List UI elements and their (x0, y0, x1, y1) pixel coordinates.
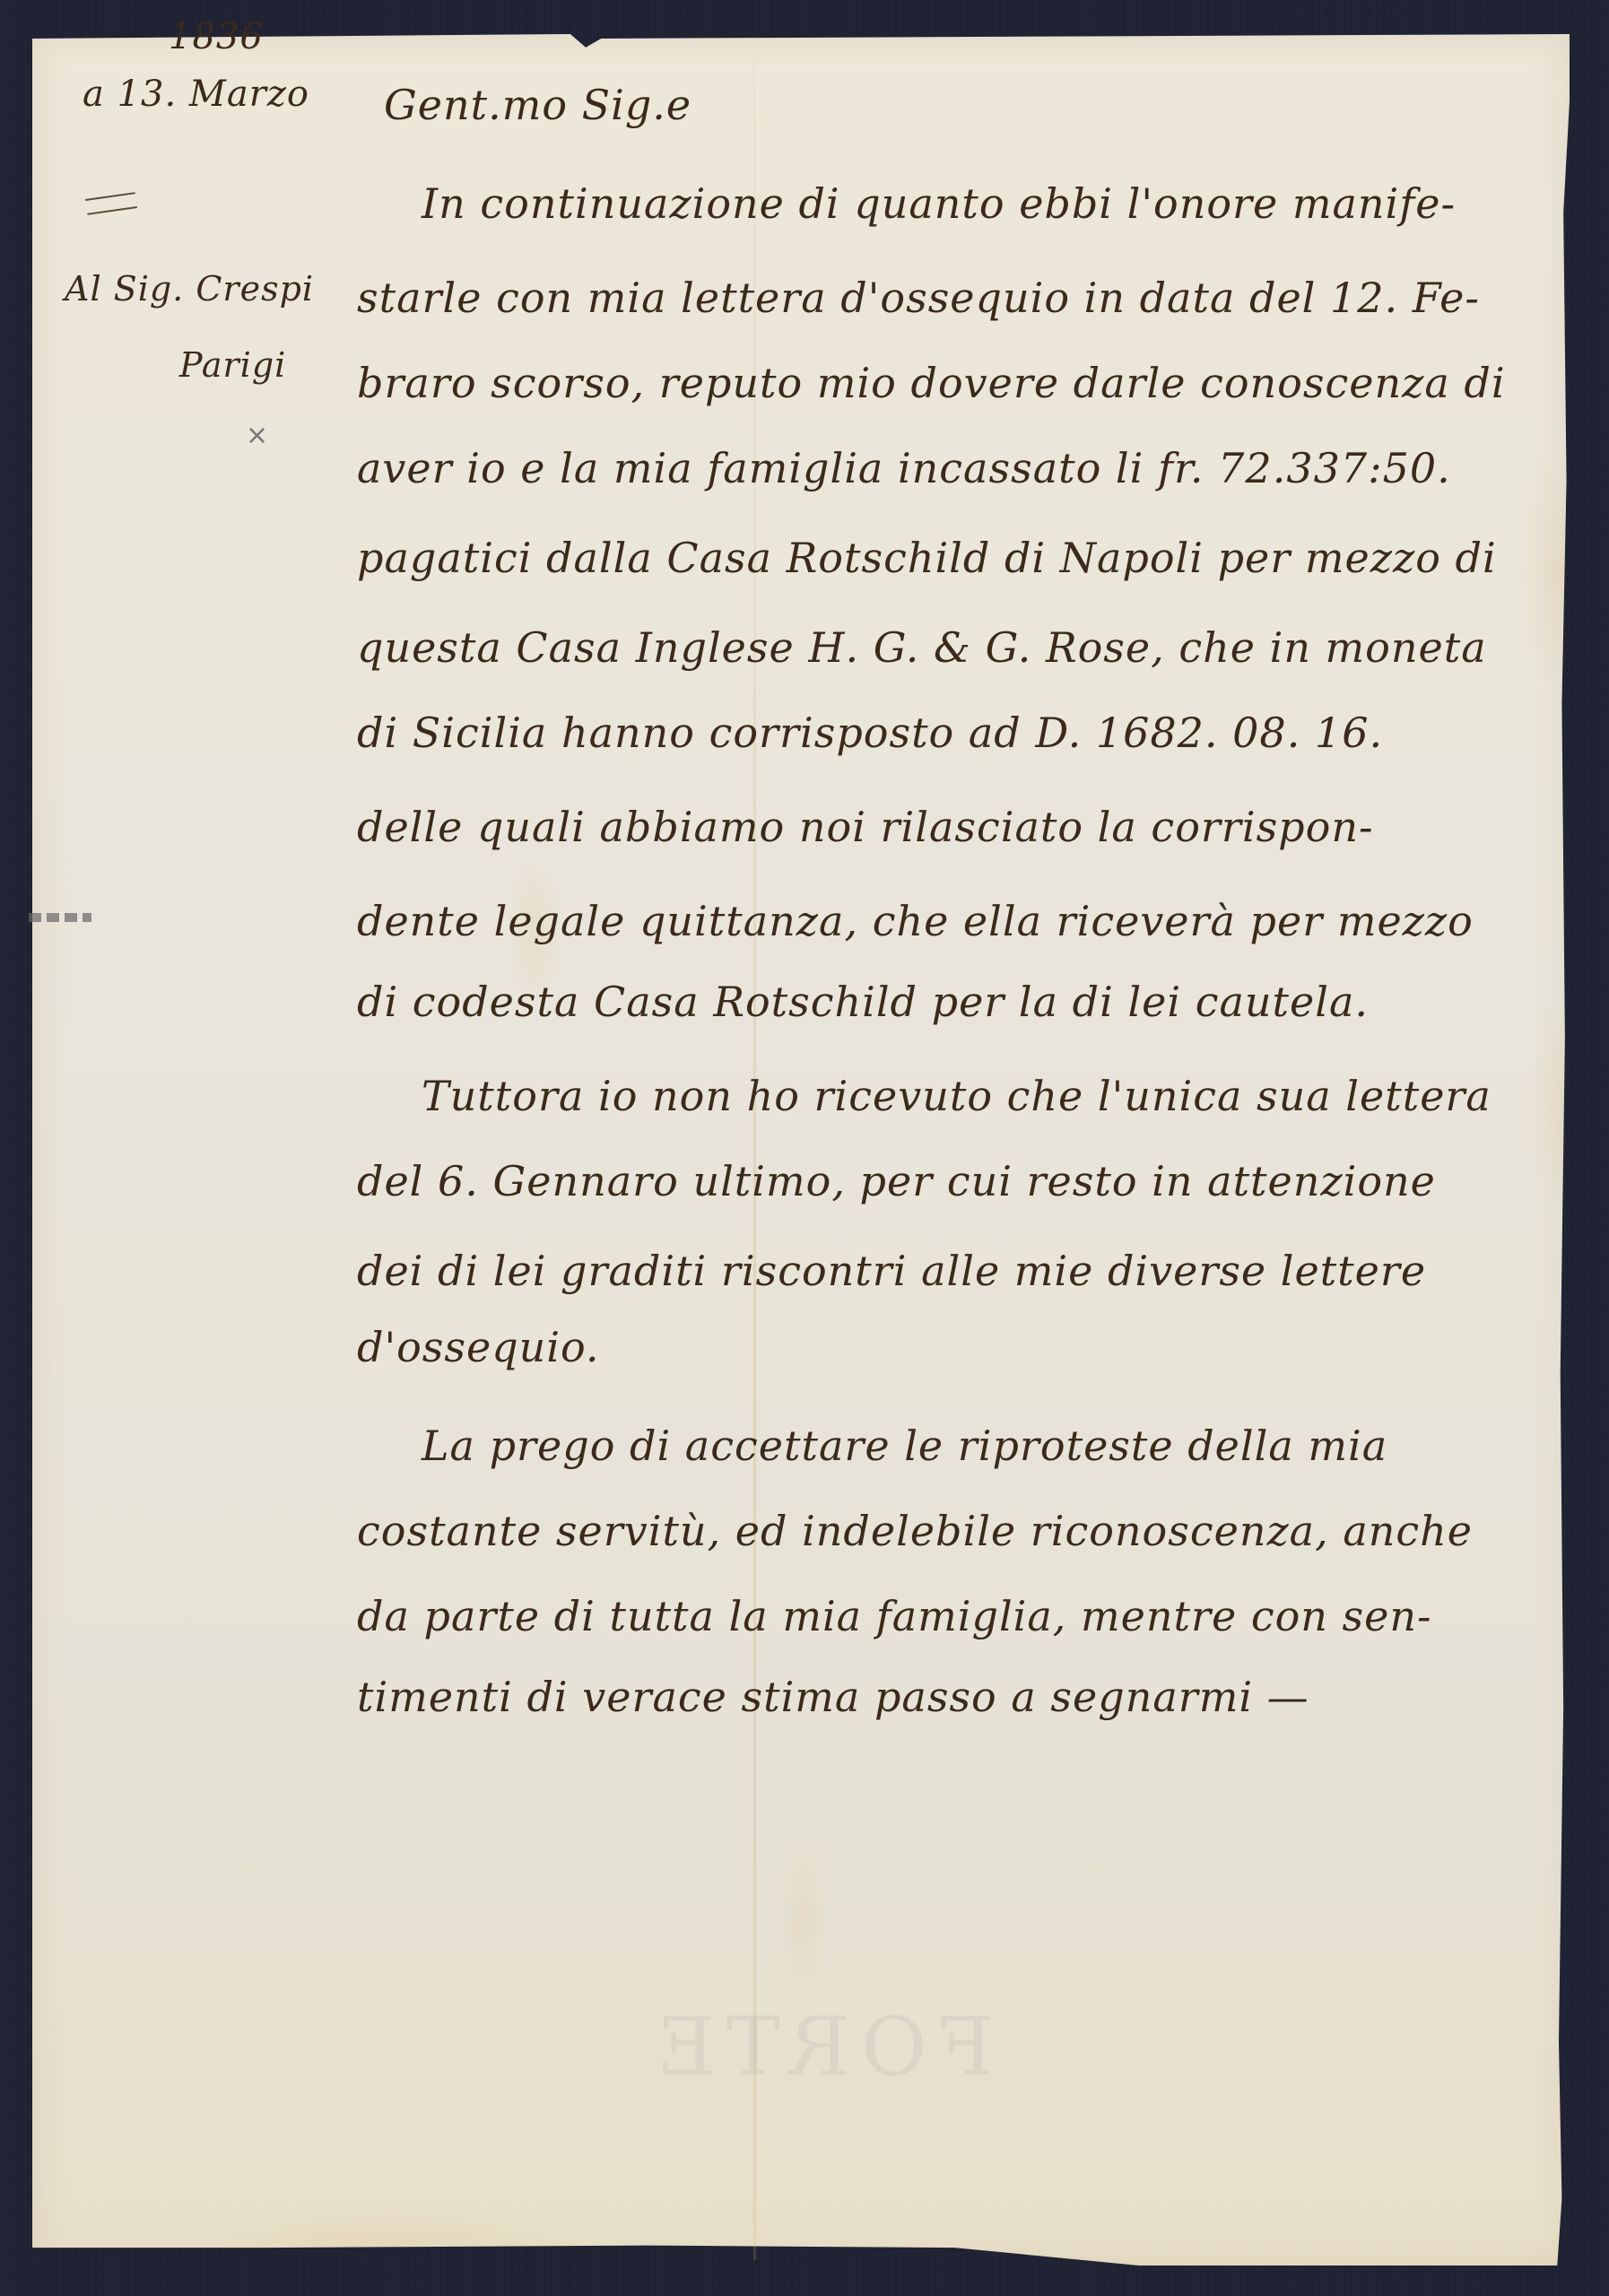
margin-addressee: Al Sig. Crespi (65, 269, 314, 309)
letter-line: dente legale quittanza, che ella ricever… (357, 897, 1474, 945)
letter-salutation: Gent.mo Sig.e (384, 81, 691, 129)
margin-date: a 13. Marzo (83, 74, 309, 115)
letter-line: costante servitù, ed indelebile riconosc… (357, 1507, 1473, 1555)
margin-city: Parigi (179, 345, 286, 385)
paper-watermark: FORTE (646, 2000, 994, 2094)
letter-line: d'ossequio. (357, 1323, 600, 1371)
letter-line: di Sicilia hanno corrisposto ad D. 1682.… (357, 709, 1383, 757)
letter-line: delle quali abbiamo noi rilasciato la co… (357, 803, 1374, 851)
ink-stain-mark (29, 913, 91, 922)
letter-line: dei di lei graditi riscontri alle mie di… (357, 1247, 1426, 1295)
letter-line: aver io e la mia famiglia incassato li f… (357, 444, 1451, 492)
letter-line: braro scorso, reputo mio dovere darle co… (357, 359, 1506, 407)
letter-line: starle con mia lettera d'ossequio in dat… (357, 274, 1480, 322)
letter-line: Tuttora io non ho ricevuto che l'unica s… (422, 1072, 1492, 1120)
letter-line: timenti di verace stima passo a segnarmi… (357, 1673, 1309, 1721)
letter-line: di codesta Casa Rotschild per la di lei … (357, 978, 1369, 1026)
letter-line: pagatici dalla Casa Rotschild di Napoli … (357, 534, 1497, 582)
letter-line: questa Casa Inglese H. G. & G. Rose, che… (357, 623, 1487, 672)
letter-line: da parte di tutta la mia famiglia, mentr… (357, 1592, 1432, 1640)
letter-line: La prego di accettare le riproteste dell… (422, 1422, 1387, 1470)
pencil-cross-mark: × (246, 420, 268, 451)
margin-year: 1836 (169, 16, 264, 57)
letter-line: del 6. Gennaro ultimo, per cui resto in … (357, 1157, 1436, 1205)
letter-line: In continuazione di quanto ebbi l'onore … (422, 179, 1456, 228)
